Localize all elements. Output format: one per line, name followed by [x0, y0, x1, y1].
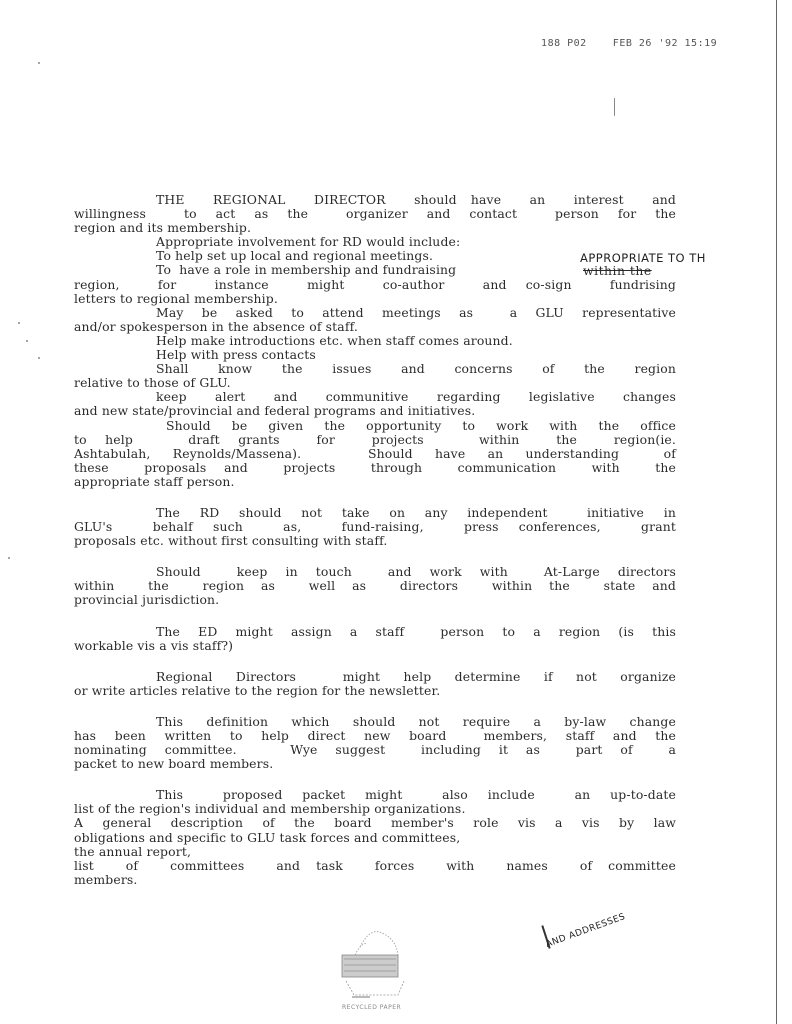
- text-line: and new state/provincial and federal pro…: [74, 404, 676, 418]
- text-line: Regional Directors might help determine …: [74, 670, 676, 684]
- paragraph-gap: [74, 489, 676, 506]
- text-line: Shall know the issues and concerns of th…: [74, 362, 676, 376]
- scan-speck: [38, 357, 40, 359]
- paragraph-gap: [74, 771, 676, 788]
- text-line: packet to new board members.: [74, 757, 676, 771]
- scan-speck: [8, 557, 10, 559]
- text-line: May be asked to attend meetings as a GLU…: [74, 306, 676, 320]
- text-line: Ashtabulah, Reynolds/Massena). Should ha…: [74, 447, 676, 461]
- text-line: Should keep in touch and work with At-La…: [74, 565, 676, 579]
- text-line: Help with press contacts: [74, 348, 676, 362]
- text-line: nominating committee. Wye suggest includ…: [74, 743, 676, 757]
- paragraph-gap: [74, 698, 676, 715]
- text-line: region, for instance might co-author and…: [74, 278, 676, 292]
- paragraph-gap: [74, 653, 676, 670]
- text-line: willingness to act as the organizer and …: [74, 207, 676, 221]
- scan-speck: [18, 322, 20, 324]
- recycled-paper-stamp-icon: [340, 925, 412, 1000]
- stamp-label: RECYCLED PAPER: [342, 1004, 401, 1011]
- text-line: Help make introductions etc. when staff …: [74, 334, 676, 348]
- text-line: GLU's behalf such as, fund-raising, pres…: [74, 520, 676, 534]
- paragraph-gap: [74, 608, 676, 625]
- text-line: keep alert and communitive regarding leg…: [74, 390, 676, 404]
- text-line: appropriate staff person.: [74, 475, 676, 489]
- text-line: A general description of the board membe…: [74, 816, 676, 830]
- text-line: these proposals and projects through com…: [74, 461, 676, 475]
- text-line: provincial jurisdiction.: [74, 593, 676, 607]
- text-line: or write articles relative to the region…: [74, 684, 676, 698]
- text-line: The ED might assign a staff person to a …: [74, 625, 676, 639]
- text-line: and/or spokesperson in the absence of st…: [74, 320, 676, 334]
- struck-text: within the: [583, 263, 652, 278]
- text-line: within the region as well as directors w…: [74, 579, 676, 593]
- fax-header: 188 P02 FEB 26 '92 15:19: [528, 27, 717, 49]
- page-edge-line: [776, 0, 777, 1024]
- text-line: This proposed packet might also include …: [74, 788, 676, 802]
- text-line: Appropriate involvement for RD would inc…: [74, 235, 676, 249]
- paragraph-gap: [74, 548, 676, 565]
- handwritten-insert: APPROPRIATE TO TH: [580, 251, 706, 265]
- document-body: THE REGIONAL DIRECTOR should have an int…: [74, 193, 676, 887]
- text-line: region and its membership.: [74, 221, 676, 235]
- text-line: This definition which should not require…: [74, 715, 676, 729]
- text-line: relative to those of GLU.: [74, 376, 676, 390]
- fax-page-code: 188 P02: [541, 38, 587, 49]
- scan-speck: [26, 340, 28, 342]
- text-line: has been written to help direct new boar…: [74, 729, 676, 743]
- text-line: to help draft grants for projects within…: [74, 433, 676, 447]
- text-line: obligations and specific to GLU task for…: [74, 831, 676, 845]
- text-line: Should be given the opportunity to work …: [74, 419, 676, 433]
- text-line: workable vis a vis staff?): [74, 639, 676, 653]
- text-line: list of committees and task forces with …: [74, 859, 676, 873]
- text-line: letters to regional membership.: [74, 292, 676, 306]
- fax-date-time: FEB 26 '92 15:19: [613, 38, 717, 49]
- scan-speck: [614, 98, 615, 116]
- text-line: members.: [74, 873, 676, 887]
- scan-speck: [38, 62, 40, 64]
- text-line: proposals etc. without first consulting …: [74, 534, 676, 548]
- handwritten-note: AND ADDRESSES: [545, 912, 627, 950]
- text-line: THE REGIONAL DIRECTOR should have an int…: [74, 193, 676, 207]
- text-line: list of the region's individual and memb…: [74, 802, 676, 816]
- text-line: The RD should not take on any independen…: [74, 506, 676, 520]
- text-line: the annual report,: [74, 845, 676, 859]
